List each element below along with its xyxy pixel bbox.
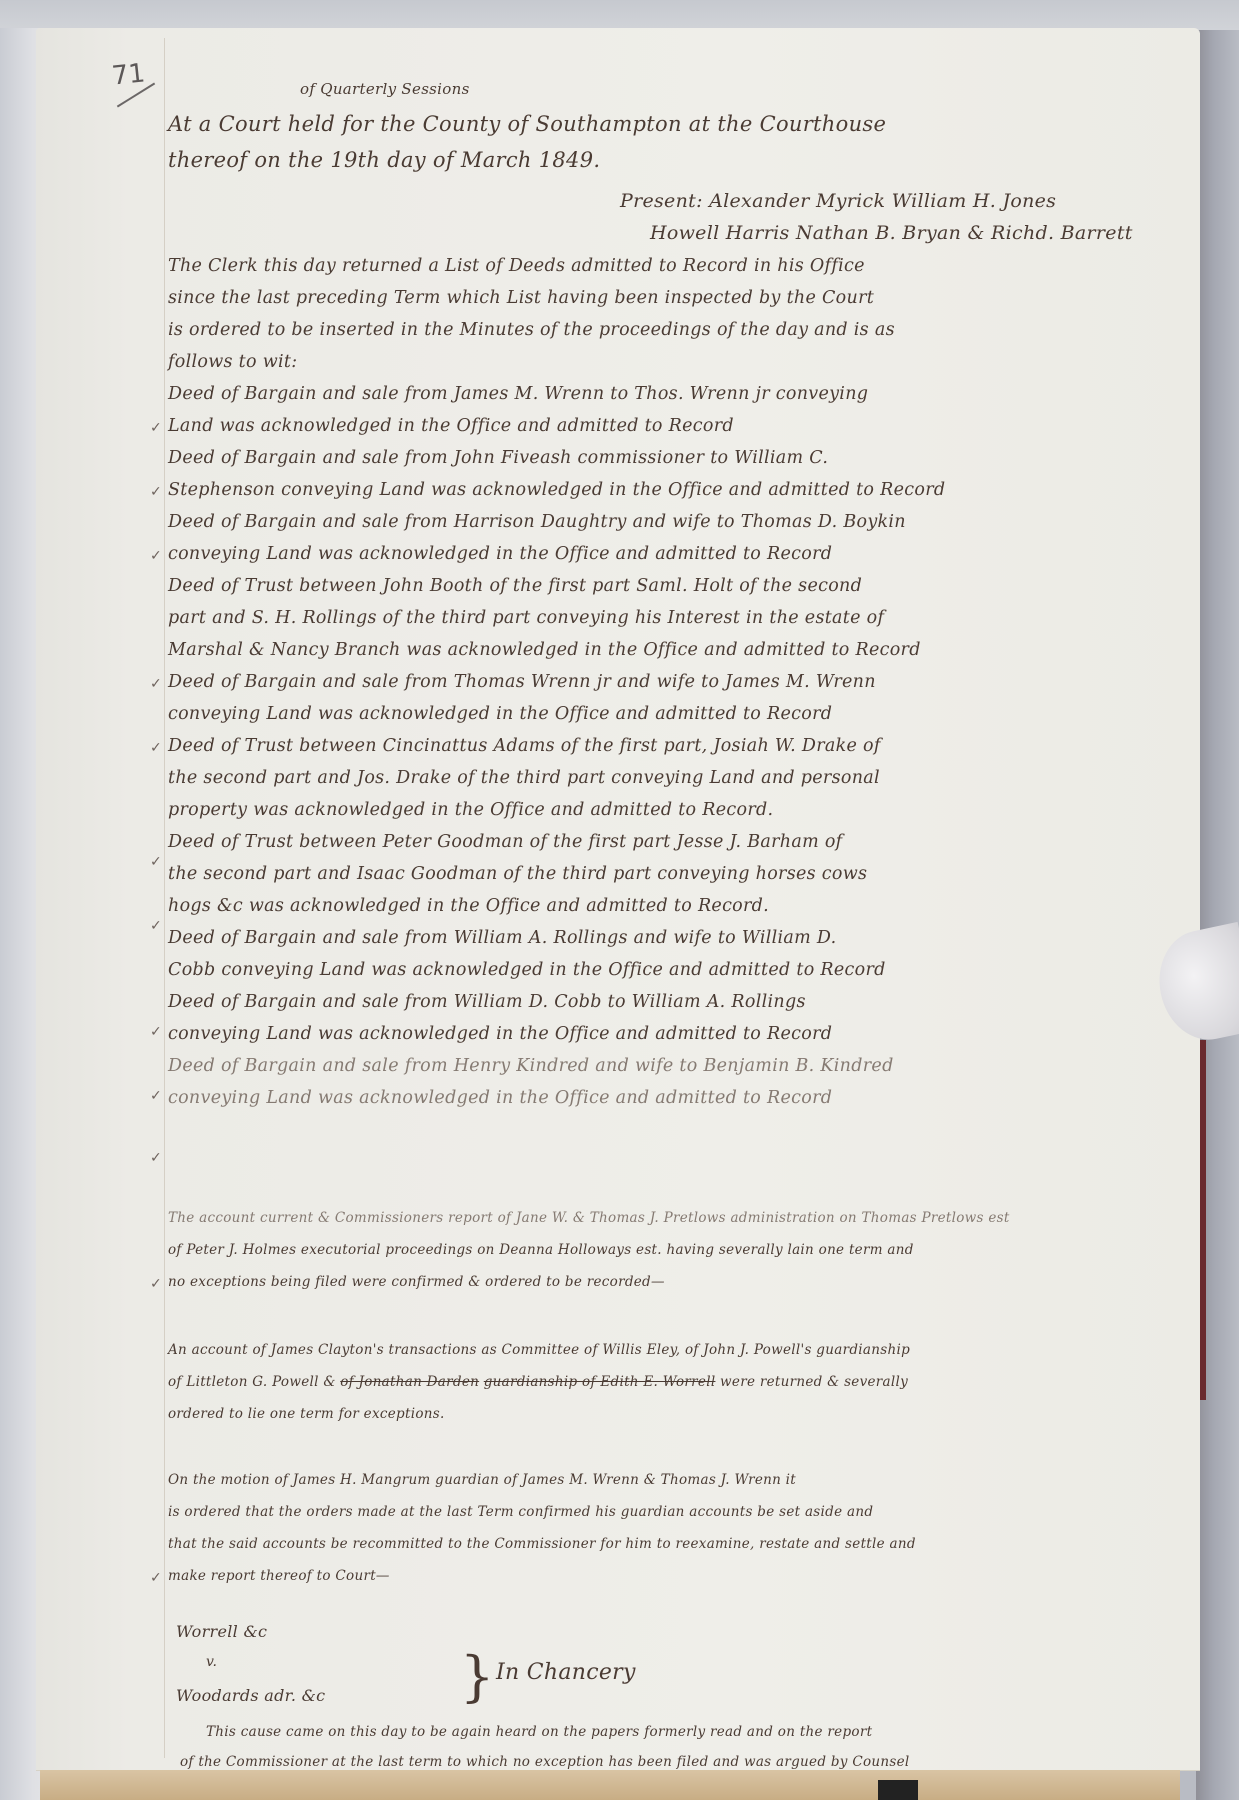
court-heading-line-1: At a Court held for the County of Southa… — [168, 112, 886, 136]
check-mark-icon: ✓ — [150, 1088, 162, 1104]
justices-present-line-1: Present: Alexander Myrick William H. Jon… — [620, 190, 1056, 212]
deed-entry-line: Land was acknowledged in the Office and … — [168, 416, 734, 436]
deed-entry-line: conveying Land was acknowledged in the O… — [168, 1088, 832, 1108]
case-body-line: of the Commissioner at the last term to … — [180, 1754, 910, 1770]
deed-entry-line: Deed of Bargain and sale from James M. W… — [168, 384, 868, 404]
check-mark-icon: ✓ — [150, 420, 162, 436]
deed-entry-line: Deed of Trust between Peter Goodman of t… — [168, 832, 842, 852]
check-mark-icon: ✓ — [150, 484, 162, 500]
motion-paragraph-line: is ordered that the orders made at the l… — [168, 1504, 873, 1520]
clayton-paragraph-line: of Littleton G. Powell & of Jonathan Dar… — [168, 1374, 908, 1390]
deed-entry-line: Deed of Bargain and sale from Henry Kind… — [168, 1056, 894, 1076]
deeds-intro-line: since the last preceding Term which List… — [168, 288, 874, 308]
motion-paragraph-line: that the said accounts be recommitted to… — [168, 1536, 916, 1552]
case-defendant: Woodards adr. &c — [176, 1686, 325, 1705]
page-bottom-edge — [40, 1770, 1180, 1800]
deed-entry-line: the second part and Jos. Drake of the th… — [168, 768, 880, 788]
deed-entry-line: Deed of Bargain and sale from John Fivea… — [168, 448, 828, 468]
case-brace: } — [460, 1650, 494, 1704]
deed-entry-line: Deed of Trust between John Booth of the … — [168, 576, 862, 596]
clayton-paragraph-line: ordered to lie one term for exceptions. — [168, 1406, 445, 1422]
case-versus: v. — [206, 1654, 217, 1670]
deed-entry-line: Deed of Bargain and sale from Harrison D… — [168, 512, 906, 532]
case-court-label: In Chancery — [496, 1660, 636, 1685]
book-clip — [878, 1780, 918, 1800]
deed-entry-line: the second part and Isaac Goodman of the… — [168, 864, 867, 884]
check-mark-icon: ✓ — [150, 740, 162, 756]
case-plaintiff: Worrell &c — [176, 1622, 267, 1641]
clayton-line-2-prefix: of Littleton G. Powell & — [168, 1374, 336, 1390]
check-mark-icon: ✓ — [150, 1150, 162, 1166]
deed-entry-line: Deed of Bargain and sale from William A.… — [168, 928, 836, 948]
case-body-line: This cause came on this day to be again … — [206, 1724, 872, 1740]
struck-text: guardianship of Edith E. Worrell — [484, 1374, 716, 1390]
binding-edge — [1200, 1040, 1206, 1400]
deed-entry-line: Cobb conveying Land was acknowledged in … — [168, 960, 886, 980]
deeds-intro-line: is ordered to be inserted in the Minutes… — [168, 320, 895, 340]
struck-text: of Jonathan Darden — [340, 1374, 479, 1390]
deeds-intro-line: follows to wit: — [168, 352, 297, 372]
session-heading: of Quarterly Sessions — [300, 80, 470, 98]
check-mark-icon: ✓ — [150, 676, 162, 692]
margin-rule — [164, 38, 165, 1758]
deed-entry-line: conveying Land was acknowledged in the O… — [168, 544, 832, 564]
deed-entry-line: property was acknowledged in the Office … — [168, 800, 773, 820]
deeds-intro-line: The Clerk this day returned a List of De… — [168, 256, 865, 276]
deed-entry-line: Marshal & Nancy Branch was acknowledged … — [168, 640, 921, 660]
deed-entry-line: conveying Land was acknowledged in the O… — [168, 704, 832, 724]
check-mark-icon: ✓ — [150, 918, 162, 934]
folio-number: 71 — [111, 58, 147, 91]
deed-entry-line: Deed of Bargain and sale from Thomas Wre… — [168, 672, 876, 692]
deed-entry-line: part and S. H. Rollings of the third par… — [168, 608, 884, 628]
accounts-paragraph-line: no exceptions being filed were confirmed… — [168, 1274, 665, 1290]
clayton-line-2-suffix: were returned & severally — [720, 1374, 908, 1390]
justices-present-line-2: Howell Harris Nathan B. Bryan & Richd. B… — [650, 222, 1133, 244]
motion-paragraph-line: make report thereof to Court— — [168, 1568, 390, 1584]
book-edge — [1196, 30, 1239, 1800]
deed-entry-line: Deed of Trust between Cincinattus Adams … — [168, 736, 881, 756]
accounts-paragraph-line: The account current & Commissioners repo… — [168, 1210, 1010, 1226]
clayton-paragraph-line: An account of James Clayton's transactio… — [168, 1342, 910, 1358]
deed-entry-line: Stephenson conveying Land was acknowledg… — [168, 480, 945, 500]
deed-entry-line: Deed of Bargain and sale from William D.… — [168, 992, 806, 1012]
motion-paragraph-line: On the motion of James H. Mangrum guardi… — [168, 1472, 796, 1488]
accounts-paragraph-line: of Peter J. Holmes executorial proceedin… — [168, 1242, 914, 1258]
check-mark-icon: ✓ — [150, 854, 162, 870]
deed-entry-line: conveying Land was acknowledged in the O… — [168, 1024, 832, 1044]
check-mark-icon: ✓ — [150, 1570, 162, 1586]
deed-entry-line: hogs &c was acknowledged in the Office a… — [168, 896, 769, 916]
check-mark-icon: ✓ — [150, 1024, 162, 1040]
court-heading-line-2: thereof on the 19th day of March 1849. — [168, 148, 600, 172]
check-mark-icon: ✓ — [150, 1276, 162, 1292]
check-mark-icon: ✓ — [150, 548, 162, 564]
